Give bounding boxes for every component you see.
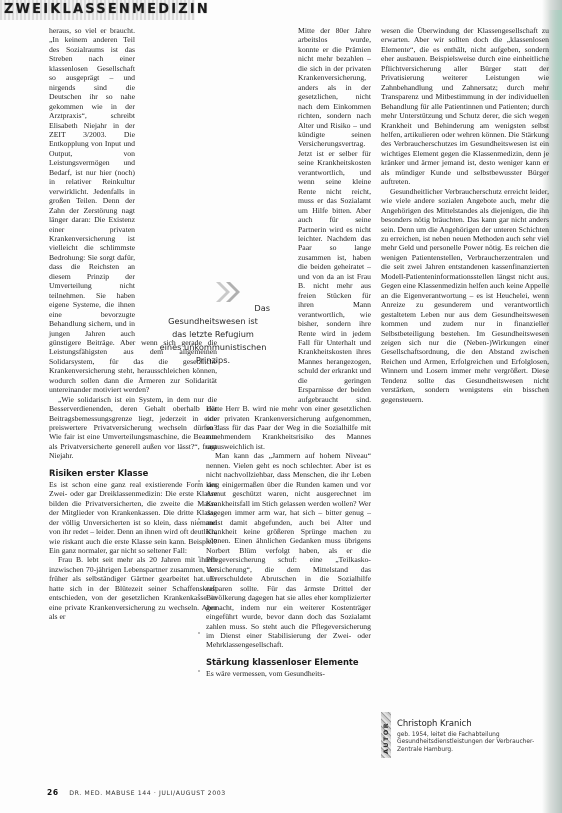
quote-mark-icon bbox=[214, 280, 244, 304]
pull-quote: Das Gesundheitswesen ist das letzte Refu… bbox=[128, 302, 298, 367]
page-number: 26 bbox=[47, 788, 59, 797]
pull-quote-line: eines unkommunistischen bbox=[128, 341, 298, 354]
author-name: Christoph Kranich bbox=[397, 718, 472, 728]
body-paragraph: Es ist schon eine ganz real existierende… bbox=[49, 480, 217, 556]
body-paragraph: Frau B. lebt seit mehr als 20 Jahren mit… bbox=[49, 555, 217, 621]
author-tab-label: AUTOR bbox=[382, 722, 390, 754]
subheading: Stärkung klassenloser Elemente bbox=[206, 657, 371, 667]
subheading: Risiken erster Klasse bbox=[49, 468, 217, 478]
pull-quote-line: Gesundheitswesen ist bbox=[128, 315, 298, 328]
section-title: ZWEIKLASSENMEDIZIN bbox=[4, 2, 210, 17]
pull-quote-line: das letzte Refugium bbox=[128, 328, 298, 341]
body-paragraph: Gesundheitlicher Verbraucherschutz errei… bbox=[381, 187, 549, 404]
body-paragraph: „Wie solidarisch ist ein System, in dem … bbox=[49, 395, 217, 461]
author-box: AUTOR Christoph Kranich geb. 1954, leite… bbox=[381, 712, 551, 772]
body-paragraph: Es wäre vermessen, vom Gesundheits- bbox=[206, 669, 371, 678]
gutter-dots bbox=[196, 480, 202, 700]
body-paragraph: wesen die Überwindung der Klassengesells… bbox=[381, 26, 549, 187]
page-edge-tint bbox=[548, 10, 562, 100]
publication-info: DR. MED. MABUSE 144 · JULI/AUGUST 2003 bbox=[69, 790, 226, 797]
body-paragraph: Man kann das „Jammern auf hohem Niveau“ … bbox=[206, 451, 371, 650]
pull-quote-line: Prinzips. bbox=[128, 354, 298, 367]
author-bio: geb. 1954, leitet die Fachabteilung Gesu… bbox=[397, 732, 547, 754]
page-footer: 26 DR. MED. MABUSE 144 · JULI/AUGUST 200… bbox=[47, 788, 226, 797]
magazine-page: ZWEIKLASSENMEDIZIN heraus, so viel er br… bbox=[0, 0, 562, 813]
article-column-3: wesen die Überwindung der Klassengesells… bbox=[381, 26, 549, 404]
author-tab: AUTOR bbox=[381, 712, 391, 758]
pull-quote-line: Das bbox=[128, 302, 298, 315]
header-band: ZWEIKLASSENMEDIZIN bbox=[0, 0, 195, 20]
